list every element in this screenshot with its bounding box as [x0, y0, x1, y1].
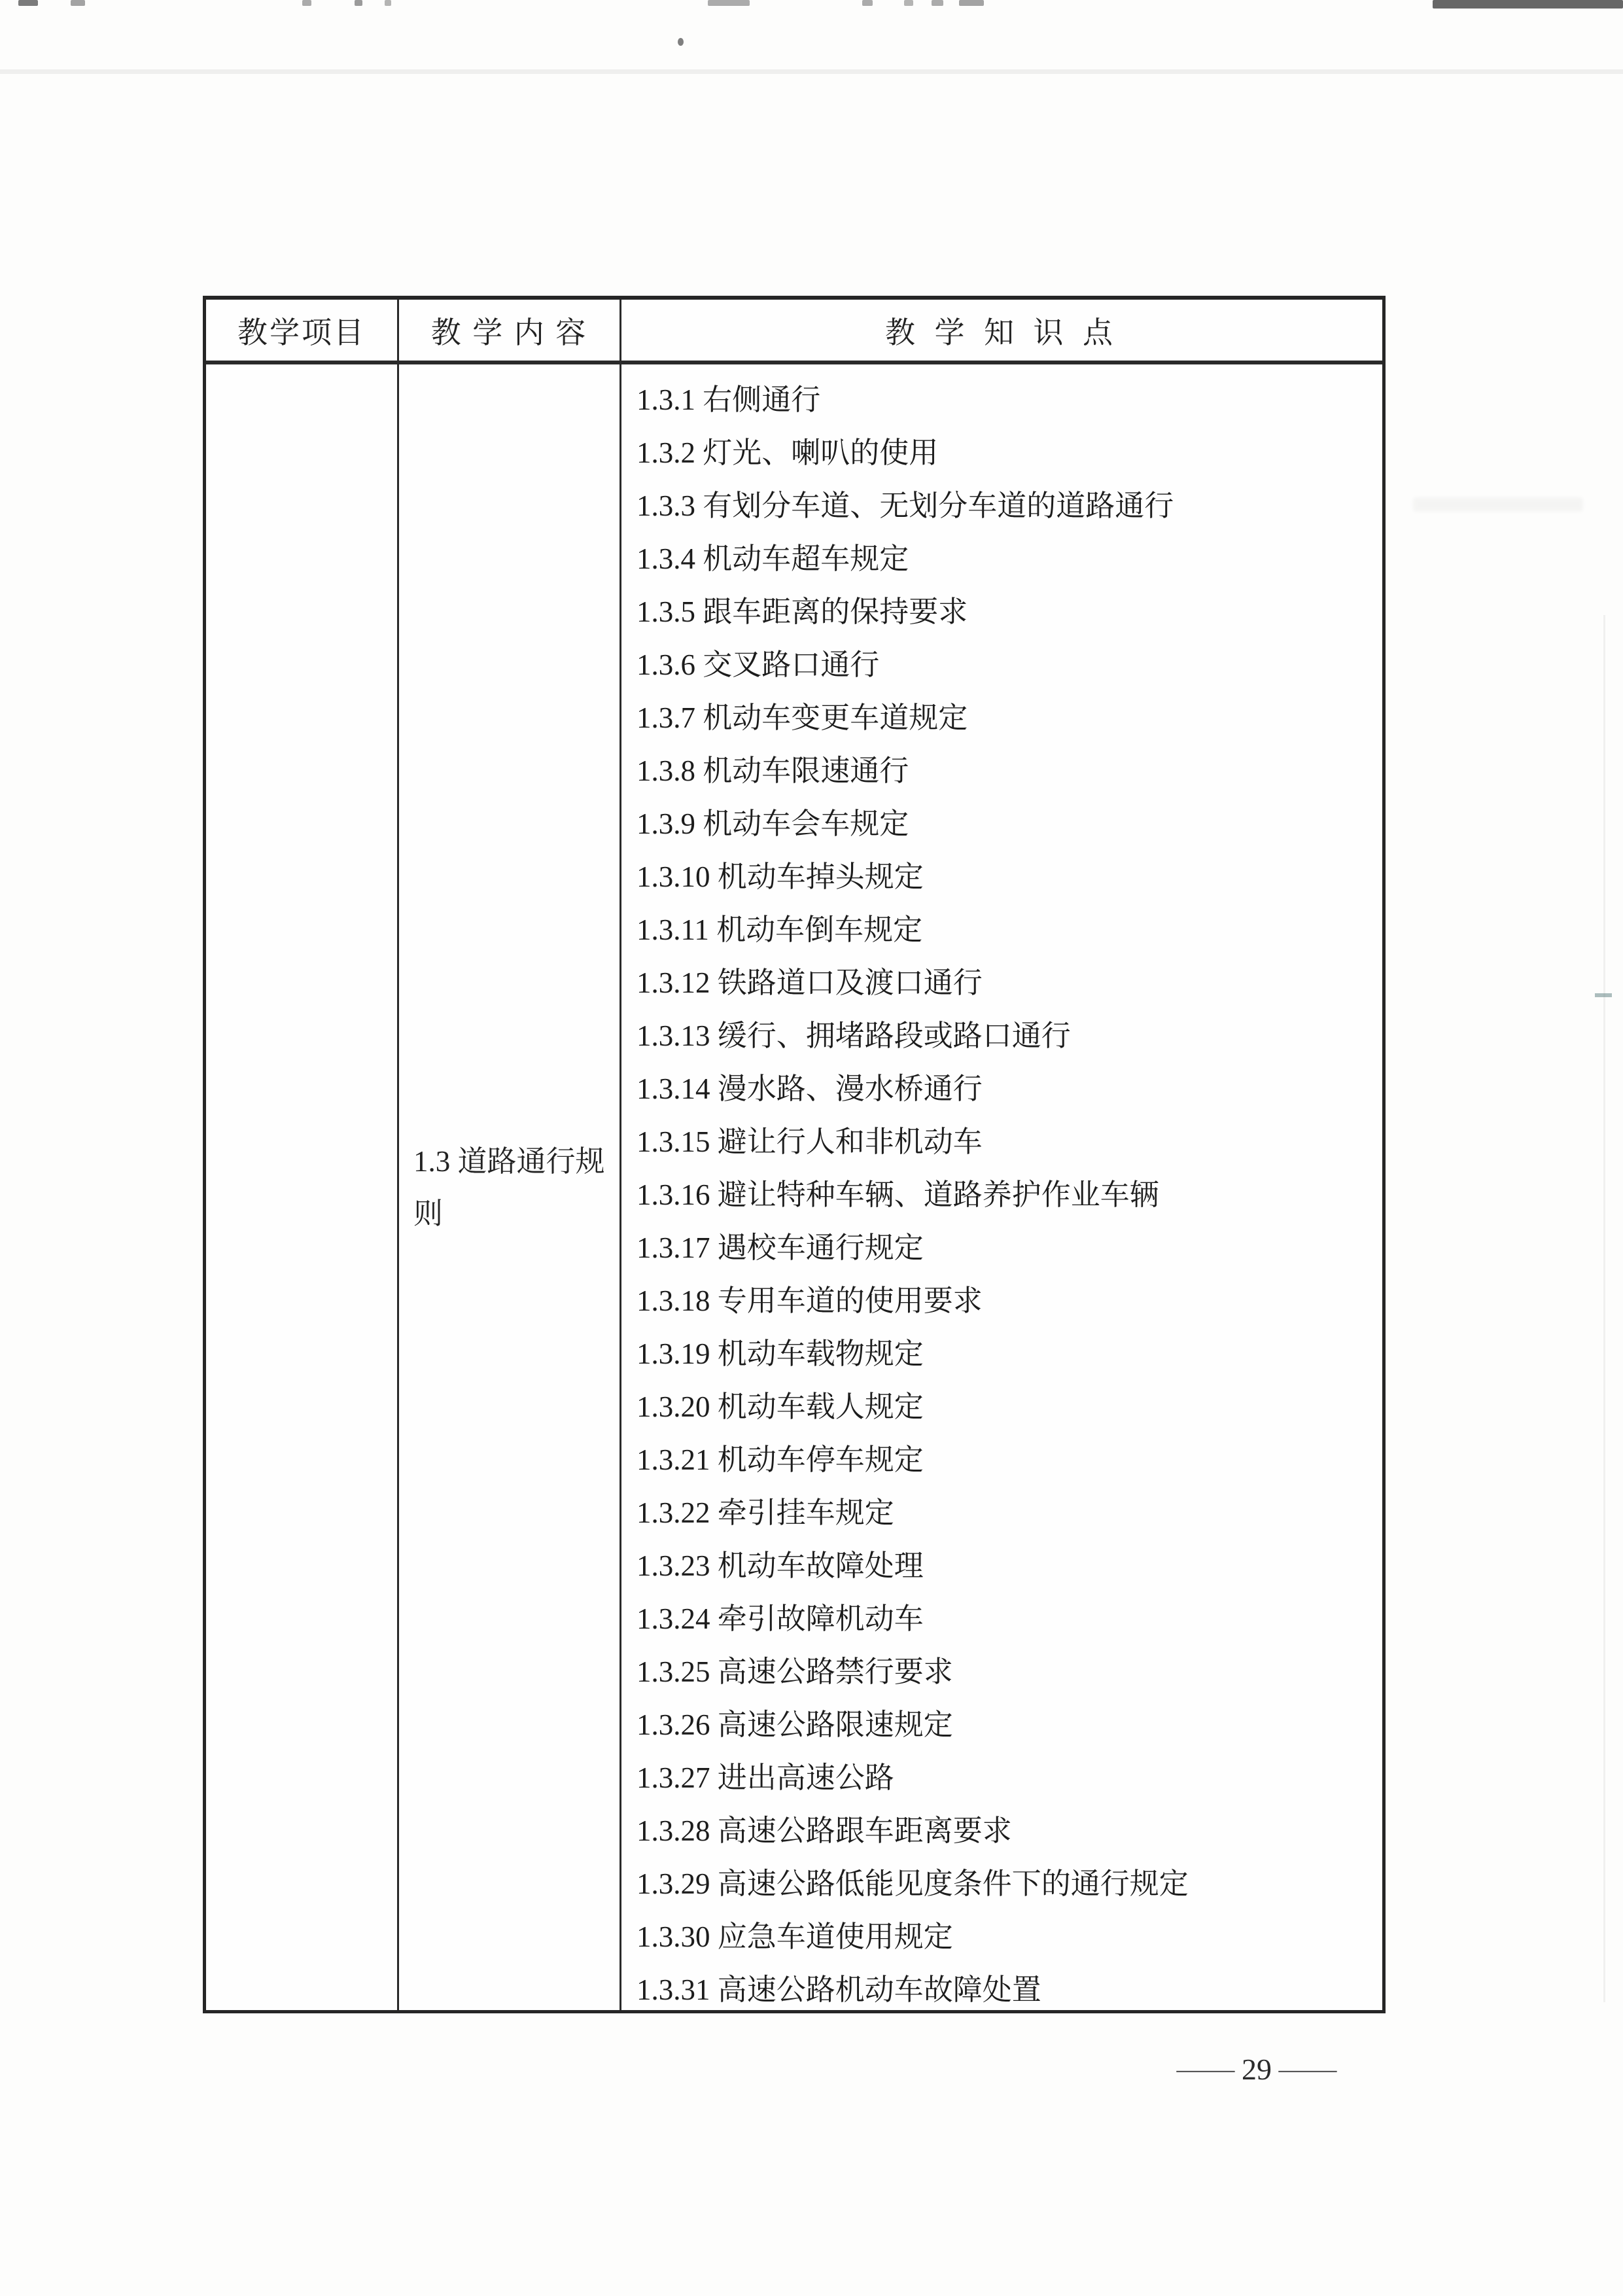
content-cell: 1.3 道路通行规则: [399, 364, 621, 2010]
project-cell: [206, 364, 399, 2010]
scan-smudge: [355, 0, 362, 6]
knowledge-point: 1.3.2 灯光、喇叭的使用: [637, 427, 1372, 480]
knowledge-point: 1.3.25 高速公路禁行要求: [637, 1646, 1372, 1699]
knowledge-point: 1.3.23 机动车故障处理: [637, 1540, 1372, 1593]
page-number-dash-left: —: [1177, 2054, 1234, 2085]
knowledge-point: 1.3.7 机动车变更车道规定: [637, 692, 1372, 745]
page-number-value: 29: [1242, 2052, 1272, 2087]
scan-smudge: [904, 0, 913, 6]
knowledge-point: 1.3.3 有划分车道、无划分车道的道路通行: [637, 480, 1372, 533]
scan-smudge: [302, 0, 311, 6]
knowledge-point: 1.3.31 高速公路机动车故障处置: [637, 1964, 1372, 2010]
knowledge-point: 1.3.28 高速公路跟车距离要求: [637, 1805, 1372, 1858]
scan-smudge: [959, 0, 984, 6]
knowledge-point: 1.3.6 交叉路口通行: [637, 639, 1372, 692]
scan-dot: [678, 38, 684, 46]
knowledge-point: 1.3.1 右侧通行: [637, 374, 1372, 427]
scan-smudge: [71, 0, 85, 6]
scanned-document-page: 教学项目 教 学 内 容 教 学 知 识 点 1.3 道路通行规则 1.3.1 …: [0, 0, 1623, 2296]
page-number: — 29 —: [1192, 2052, 1321, 2087]
knowledge-point: 1.3.5 跟车距离的保持要求: [637, 586, 1372, 639]
knowledge-point: 1.3.30 应急车道使用规定: [637, 1911, 1372, 1964]
scan-smudge: [708, 0, 750, 6]
scan-faint-vertical-line: [1603, 615, 1605, 2002]
knowledge-point: 1.3.27 进出高速公路: [637, 1752, 1372, 1805]
scan-faint-line: [0, 69, 1623, 74]
scan-smudge: [18, 0, 38, 6]
knowledge-point: 1.3.4 机动车超车规定: [637, 533, 1372, 586]
knowledge-point: 1.3.14 漫水路、漫水桥通行: [637, 1063, 1372, 1116]
knowledge-point: 1.3.17 遇校车通行规定: [637, 1222, 1372, 1275]
knowledge-point: 1.3.11 机动车倒车规定: [637, 904, 1372, 957]
scan-smudge: [1433, 0, 1623, 9]
scan-smudge: [385, 0, 391, 6]
header-teaching-project: 教学项目: [206, 300, 399, 364]
knowledge-point-list: 1.3.1 右侧通行1.3.2 灯光、喇叭的使用1.3.3 有划分车道、无划分车…: [621, 364, 1382, 2010]
knowledge-point: 1.3.29 高速公路低能见度条件下的通行规定: [637, 1858, 1372, 1911]
knowledge-point: 1.3.19 机动车载物规定: [637, 1328, 1372, 1381]
teaching-syllabus-table: 教学项目 教 学 内 容 教 学 知 识 点 1.3 道路通行规则 1.3.1 …: [203, 296, 1386, 2013]
knowledge-point: 1.3.16 避让特种车辆、道路养护作业车辆: [637, 1169, 1372, 1222]
knowledge-point: 1.3.12 铁路道口及渡口通行: [637, 957, 1372, 1010]
knowledge-point: 1.3.26 高速公路限速规定: [637, 1699, 1372, 1752]
knowledge-point: 1.3.22 牵引挂车规定: [637, 1487, 1372, 1540]
knowledge-point: 1.3.21 机动车停车规定: [637, 1434, 1372, 1487]
scan-smudge: [932, 0, 943, 6]
knowledge-point: 1.3.8 机动车限速通行: [637, 745, 1372, 798]
bleed-through-ghost: [1413, 497, 1583, 512]
knowledge-point: 1.3.20 机动车载人规定: [637, 1381, 1372, 1434]
header-teaching-knowledge-points: 教 学 知 识 点: [621, 300, 1382, 364]
knowledge-point: 1.3.15 避让行人和非机动车: [637, 1116, 1372, 1169]
knowledge-point: 1.3.9 机动车会车规定: [637, 798, 1372, 851]
scan-smudge: [862, 0, 873, 6]
scan-tick-mark: [1595, 993, 1612, 997]
knowledge-point: 1.3.18 专用车道的使用要求: [637, 1275, 1372, 1328]
page-number-dash-right: —: [1279, 2054, 1336, 2085]
header-teaching-content: 教 学 内 容: [399, 300, 621, 364]
knowledge-point: 1.3.24 牵引故障机动车: [637, 1593, 1372, 1646]
knowledge-point: 1.3.10 机动车掉头规定: [637, 851, 1372, 904]
knowledge-point: 1.3.13 缓行、拥堵路段或路口通行: [637, 1010, 1372, 1063]
